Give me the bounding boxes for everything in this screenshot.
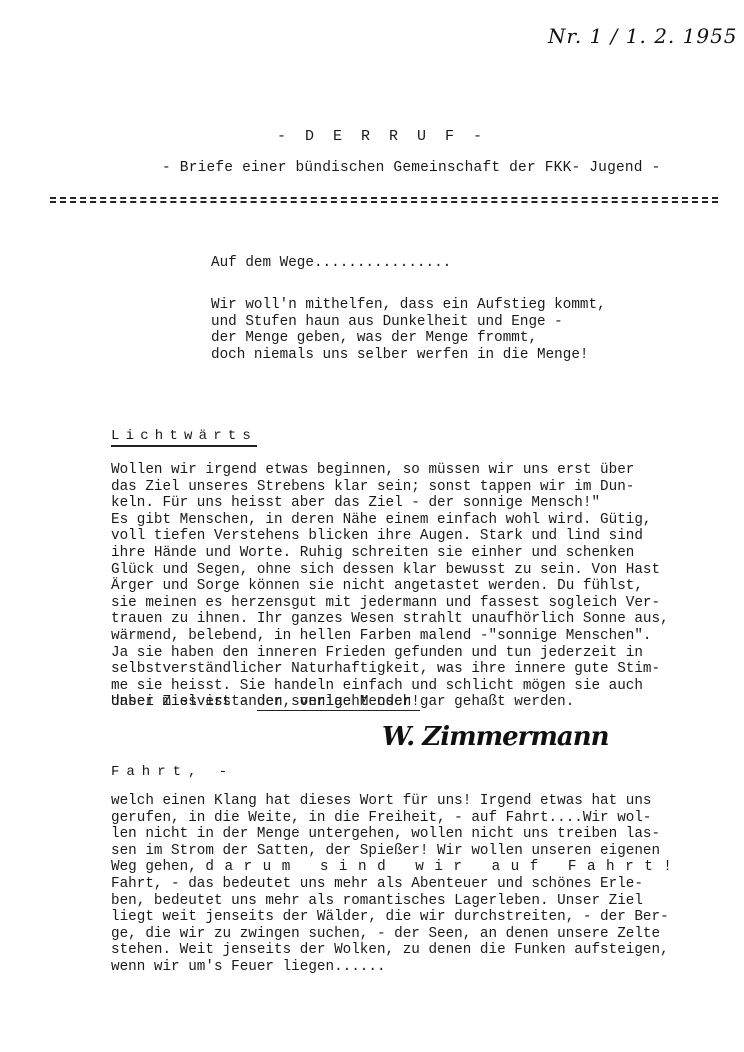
section-heading-lichtwaerts: Lichtwärts bbox=[111, 428, 257, 447]
header-divider bbox=[50, 197, 718, 203]
fahrt-line-prefix: Weg gehen, bbox=[111, 859, 205, 875]
poem-verse: Wir woll'n mithelfen, dass ein Aufstieg … bbox=[211, 297, 606, 363]
section-body-fahrt: welch einen Klang hat dieses Wort für un… bbox=[111, 793, 682, 976]
fahrt-lines-after: Fahrt, - das bedeutet uns mehr als Abent… bbox=[111, 876, 669, 975]
closing-emphasis: der sonnige Mensch! bbox=[257, 694, 420, 711]
closing-prefix: Unser Ziel ist - bbox=[111, 694, 257, 710]
section-closing-line: Unser Ziel ist - der sonnige Mensch! bbox=[111, 694, 420, 711]
document-title: - D E R R U F - bbox=[0, 128, 744, 145]
section-body-lichtwaerts: Wollen wir irgend etwas beginnen, so müs… bbox=[111, 462, 669, 711]
poem-heading: Auf dem Wege................ bbox=[211, 255, 451, 272]
handwritten-issue-number: Nr. 1 / 1. 2. 1955 bbox=[548, 24, 738, 48]
document-subtitle: - Briefe einer bündischen Gemeinschaft d… bbox=[162, 160, 660, 176]
signature: W. Zimmermann bbox=[382, 722, 609, 752]
section-heading-fahrt: Fahrt, - bbox=[111, 764, 234, 780]
fahrt-spaced-phrase: darum sind wir auf Fahrt! bbox=[205, 859, 682, 875]
fahrt-lines-before: welch einen Klang hat dieses Wort für un… bbox=[111, 793, 660, 859]
